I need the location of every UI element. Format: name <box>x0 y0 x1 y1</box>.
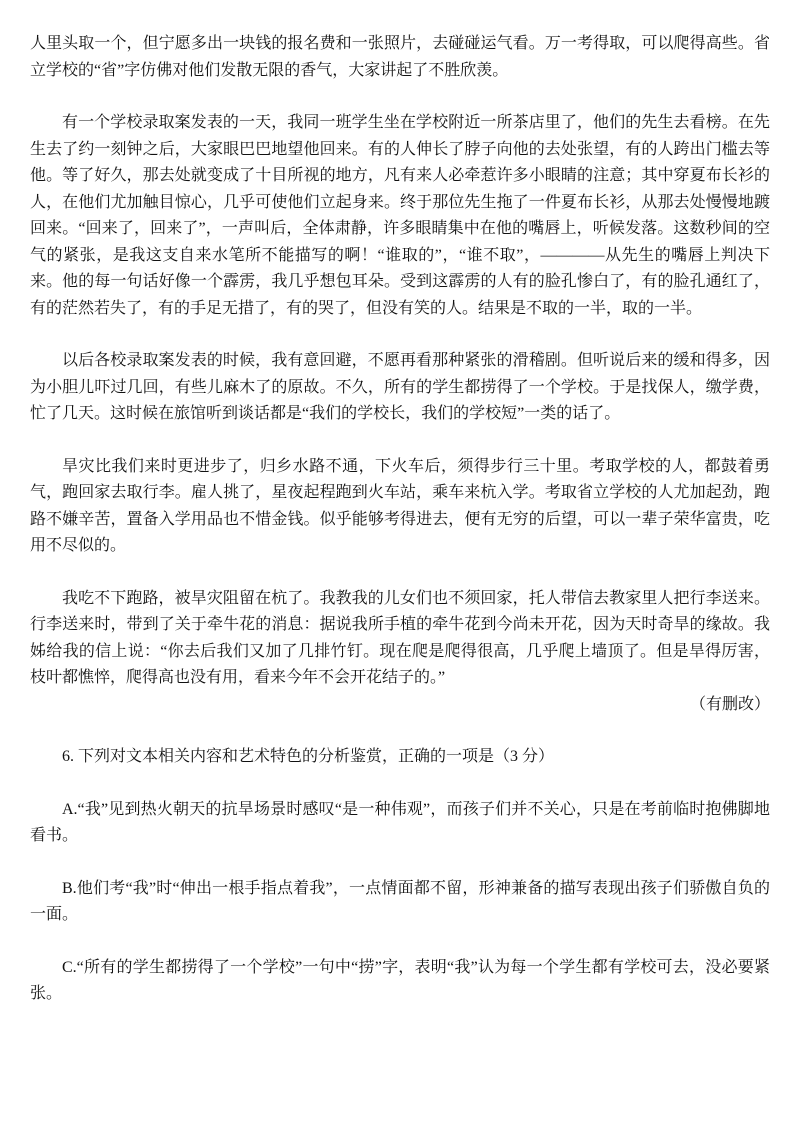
passage-paragraph-5: 我吃不下跑路，被旱灾阻留在杭了。我教我的儿女们也不须回家，托人带信去教家里人把行… <box>30 586 770 692</box>
passage-paragraph-3: 以后各校录取案发表的时候，我有意回避，不愿再看那种紧张的滑稽剧。但听说后来的缓和… <box>30 348 770 428</box>
question-6-option-a: A.“我”见到热火朝天的抗旱场景时感叹“是一种伟观”，而孩子们并不关心，只是在考… <box>30 797 770 850</box>
question-6-option-c: C.“所有的学生都捞得了一个学校”一句中“捞”字，表明“我”认为每一个学生都有学… <box>30 955 770 1008</box>
passage-paragraph-2: 有一个学校录取案发表的一天，我同一班学生坐在学校附近一所茶店里了，他们的先生去看… <box>30 110 770 322</box>
question-6-stem: 6. 下列对文本相关内容和艺术特色的分析鉴赏，正确的一项是（3 分） <box>30 744 770 771</box>
question-6-option-b: B.他们考“我”时“伸出一根手指点着我”，一点情面都不留，形神兼备的描写表现出孩… <box>30 876 770 929</box>
exam-document-page: 人里头取一个，但宁愿多出一块钱的报名费和一张照片，去碰碰运气看。万一考得取，可以… <box>0 0 800 1129</box>
passage-paragraph-1: 人里头取一个，但宁愿多出一块钱的报名费和一张照片，去碰碰运气看。万一考得取，可以… <box>30 31 770 84</box>
source-note: （有删改） <box>30 692 770 719</box>
passage-paragraph-4: 旱灾比我们来时更进步了，归乡水路不通，下火车后，须得步行三十里。考取学校的人，都… <box>30 454 770 560</box>
